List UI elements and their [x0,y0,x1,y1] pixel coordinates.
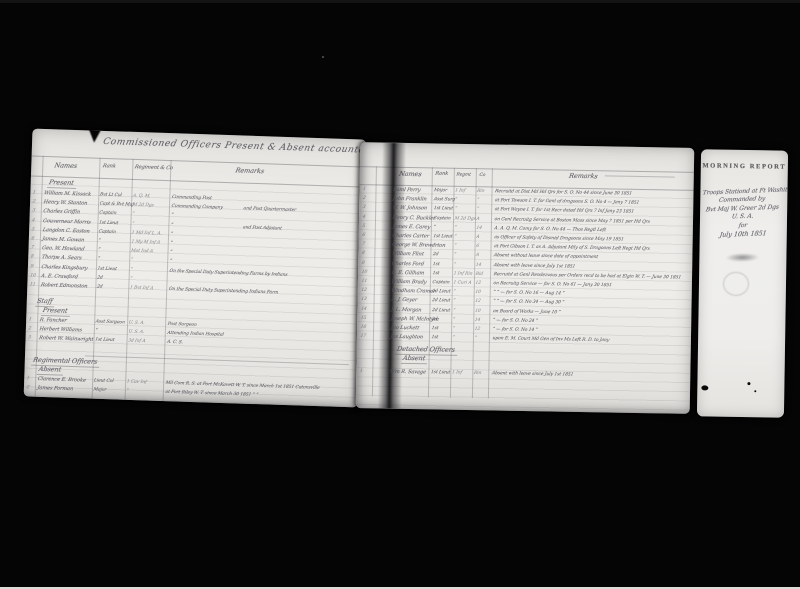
ledger-left-page: Commissioned Officers Present & Absent a… [24,129,367,408]
section-heading: Present [41,306,72,317]
cell-regiment: ” [453,298,469,303]
cell-rank: Captain [433,215,449,220]
cell-rank: 1st Lieut [433,233,449,238]
cell-name: A. E. Crawford [41,273,89,280]
cell-number: 9 [30,263,38,268]
cell-remarks: Post Surgeon [167,321,309,331]
cell-number: 1 [33,190,41,195]
cell-number: 4 [362,214,371,219]
cell-regiment: M 2d Dgs [454,215,470,220]
cell-company: 12 [475,299,486,304]
cell-regiment: ” [130,276,158,282]
cell-rank: Major [93,387,117,393]
cell-rank: Major [434,187,450,192]
cell-rank: Asst Surgeon [95,319,119,325]
cell-name: Robert W. Wainwright [39,335,87,342]
cell-rank: 1st [431,325,447,330]
cell-rank: Captain [99,210,123,216]
cell-company: 10 [475,308,486,313]
cell-regiment: Mat Ind A [131,248,159,254]
cell-number: 1 [359,368,368,373]
scanned-document-viewport: { "colors":{"background":"#050505","pape… [0,0,800,589]
cell-company: ” [476,207,487,212]
cell-regiment: 1 Md Inf L. A. [131,230,159,236]
cell-name: William M. Kissack [43,190,91,197]
cell-rank: Bvt Lt Col [99,192,123,198]
cell-remarks: at Fort Wayne I. T. for 1st Recr dated H… [494,207,640,215]
cell-name: Clarence E. Brooke [37,376,85,383]
cell-regiment: 3d Inf A [128,338,156,344]
cell-name: R. Fancher [39,317,87,324]
cell-regiment: ” [454,234,470,239]
cell-company: 10 [475,289,486,294]
cell-rank: 2d Lieut [432,289,448,294]
cell-rank: Captain [98,229,122,235]
cell-number: 1 [363,186,372,191]
cell-remarks: upon E. M. Court Md Gen of Inv Ms Left R… [492,336,638,344]
cell-number: 5 [31,226,39,231]
cell-number: 3 [28,335,36,340]
left-page-rows: Present1William M. KissackBvt Lt ColA. Q… [24,129,367,408]
cell-remarks: Mil Com R. S. at Fort McKavett W. T. sin… [165,380,307,390]
cell-regiment: ” [132,211,160,217]
cell-rank: ” [95,328,119,334]
cell-company: 14 [474,317,485,322]
cell-remarks: Recruitd at Dist Md Hd Qrs for S. O. No … [495,188,641,196]
cell-regiment: ” [126,388,154,394]
cell-regiment: ” [132,220,160,226]
faint-stamp-circle [723,272,749,296]
cell-rank: ” [433,243,449,248]
cell-regiment: 1 Inf [451,370,467,375]
cell-regiment: ” [454,243,470,248]
cell-rank: 2d Lieut [432,298,448,303]
cell-number: 16 [360,324,369,329]
cell-regiment: ” [453,307,469,312]
cell-remarks: Absent with leave since July 1st 1851 [491,370,637,378]
cell-regiment: ” [454,197,470,202]
cell-number: 3 [362,205,371,210]
cell-number: 11 [361,278,370,283]
cell-regiment: ” [453,289,469,294]
cell-company: 14 [475,262,486,267]
cell-name: Charles Griffin [43,208,91,215]
cell-rank: 1st Lieut [95,337,119,343]
cell-regiment: A. Q. M. [132,193,160,199]
ink-blot [754,390,756,392]
cell-rank: 1st [432,270,448,275]
cell-rank: Asst Surg [433,197,449,202]
cell-name: Thorpe A. Sears [41,254,89,261]
cell-rank: 1st Lieut [433,206,449,211]
cell-name: Gouverneur Morris [42,218,90,225]
cell-rank: 2d [97,275,121,281]
cell-number: 7 [31,245,39,250]
cell-regiment: ” [452,335,468,340]
cell-number: 14 [361,306,370,311]
cell-rank: 2d [431,316,447,321]
ledger-right-page: Names Rank Regmt Co Remarks 1Saml PerryM… [356,142,695,414]
cell-number: 6 [31,236,39,241]
cell-number: 2 [32,199,40,204]
cell-rank: ” [98,247,122,253]
cell-number: 4 [32,217,40,222]
cell-company: Rid [475,271,486,276]
cell-number: 11 [29,282,37,287]
cell-number: 12 [361,287,370,292]
cell-number: 3 [32,208,40,213]
right-page-rows: 1Saml PerryMajor1 InfRinRecruitd at Dist… [356,142,695,414]
cell-number: 8 [30,254,38,259]
section-heading: Absent [401,354,429,364]
cell-number: 6 [362,232,371,237]
cell-rank: 1st Lieut [97,265,121,271]
cell-rank: 2d [96,284,120,290]
cell-regiment: 1 Curi A [453,280,469,285]
cell-regiment: U. S. A. [128,320,156,326]
cell-number: 7 [362,241,371,246]
cell-regiment: 1 Bvt Inf A [129,285,157,291]
cell-number: 13 [361,297,370,302]
cell-regiment: 1 Inf Rin [453,271,469,276]
cell-name: Henry W. Stanton [43,199,91,206]
cell-number: 10 [30,272,38,277]
cell-company: Rin [477,188,488,193]
cell-number: 2 [26,385,34,390]
cell-name: Herbert Williams [39,326,87,333]
cell-rank: Captain [432,279,448,284]
cell-regiment: ” [454,252,470,257]
cell-regiment: M 2d Dgs [132,202,160,208]
ink-blot [747,382,750,385]
cell-company: 12 [475,280,486,285]
script-line: Commanded by [703,195,782,205]
section-heading: Absent [37,365,65,376]
cell-regiment: ” [454,225,470,230]
cell-name: James M. Gowan [42,236,90,243]
cell-remarks: ” ” — for S. O. No 16 — Aug 14 ” [493,290,639,298]
cell-regiment: ” [130,257,158,263]
cell-remarks: at Fort Gibson I. T. as A. Adjutant Mily… [494,244,640,252]
cell-company: A [476,253,487,258]
cell-rank: ” [97,256,121,262]
cell-company: A [476,216,487,221]
cell-regiment: ” [452,326,468,331]
cell-name: James Forman [37,385,85,392]
cell-number: 1 [26,376,34,381]
cell-number: 9 [361,260,370,265]
cell-name: Charles Kingsbury [41,264,89,271]
cell-regiment: 1 Cav Inf [126,379,154,385]
cell-rank: Capt & Bvt Maj [99,201,123,207]
ink-blot [701,385,708,390]
cell-regiment: ” [453,261,469,266]
cell-company: 12 [474,326,485,331]
table-row: 1Wm R. Savage1st Lieut1 InfRinAbsent wit… [356,368,690,383]
cell-rank: 2d Lieut [432,307,448,312]
morning-report-printed-title: MORNING REPORT [701,162,788,170]
cell-company: Rin [473,370,484,375]
cell-regiment: ” [130,266,158,272]
cover-script-block: Troops Stationd at Ft Washita Commanded … [703,185,783,241]
cell-rank: 1st [432,261,448,266]
morning-report-cover-panel: MORNING REPORT Troops Stationd at Ft Was… [697,149,788,417]
cell-rank: 2d [433,252,449,257]
cell-number: 8 [362,251,371,256]
cell-number: 2 [363,195,372,200]
ink-stamp-smudge [725,253,759,263]
cell-rank: 1st [431,335,447,340]
cell-remarks: Commanding Post [171,194,313,204]
cell-number: 1 [28,317,36,322]
dust-speck [322,56,324,58]
cell-regiment: 1 Inf [455,188,471,193]
cell-name: Geo. W. Howland [42,245,90,252]
cell-company: 6 [476,243,487,248]
cell-name: Langdon C. Easton [42,227,90,234]
cell-rank: Lieut Col [93,378,117,384]
cell-remarks-extra: and Post Quartermaster [243,206,297,213]
script-line: July 10th 1851 [704,229,783,240]
cell-regiment: 1 My M Inf A [131,239,159,245]
cell-company: ” [474,335,485,340]
cell-remarks: at Fort Towson I. T. for Genl of dragoon… [494,198,640,206]
cell-regiment: ” [454,206,470,211]
cell-name: Robert Edmonston [40,282,88,289]
cell-rank: ” [98,238,122,244]
cell-number: 2 [28,326,36,331]
section-heading: Present [47,178,78,189]
cell-remarks: ” ” — for S. O. No 34 — Aug 30 ” [493,299,639,307]
cell-remarks: Absent without leave since date of appoi… [494,253,640,261]
cell-number: 15 [360,315,369,320]
cell-regiment: U. S. A. [128,329,156,335]
cell-number: 5 [362,223,371,228]
cell-company: ” [476,197,487,202]
cell-remarks: Recruitd at Genl Rendezvous per Orders r… [493,271,639,279]
cell-company: A [476,234,487,239]
cell-number: 17 [360,333,369,338]
cell-rank: 1st Lieut [99,219,123,225]
cell-number: 10 [361,269,370,274]
cell-rank: ” [433,224,449,229]
cell-company: 14 [476,225,487,230]
scan-frame-top [0,0,800,3]
cell-remarks: on Recruitg Service — for S. O. No 61 — … [493,280,639,288]
cell-regiment: ” [452,317,468,322]
cell-remarks-extra: and Post Adjutant [242,224,282,230]
cell-rank: 1st Lieut [430,369,446,374]
